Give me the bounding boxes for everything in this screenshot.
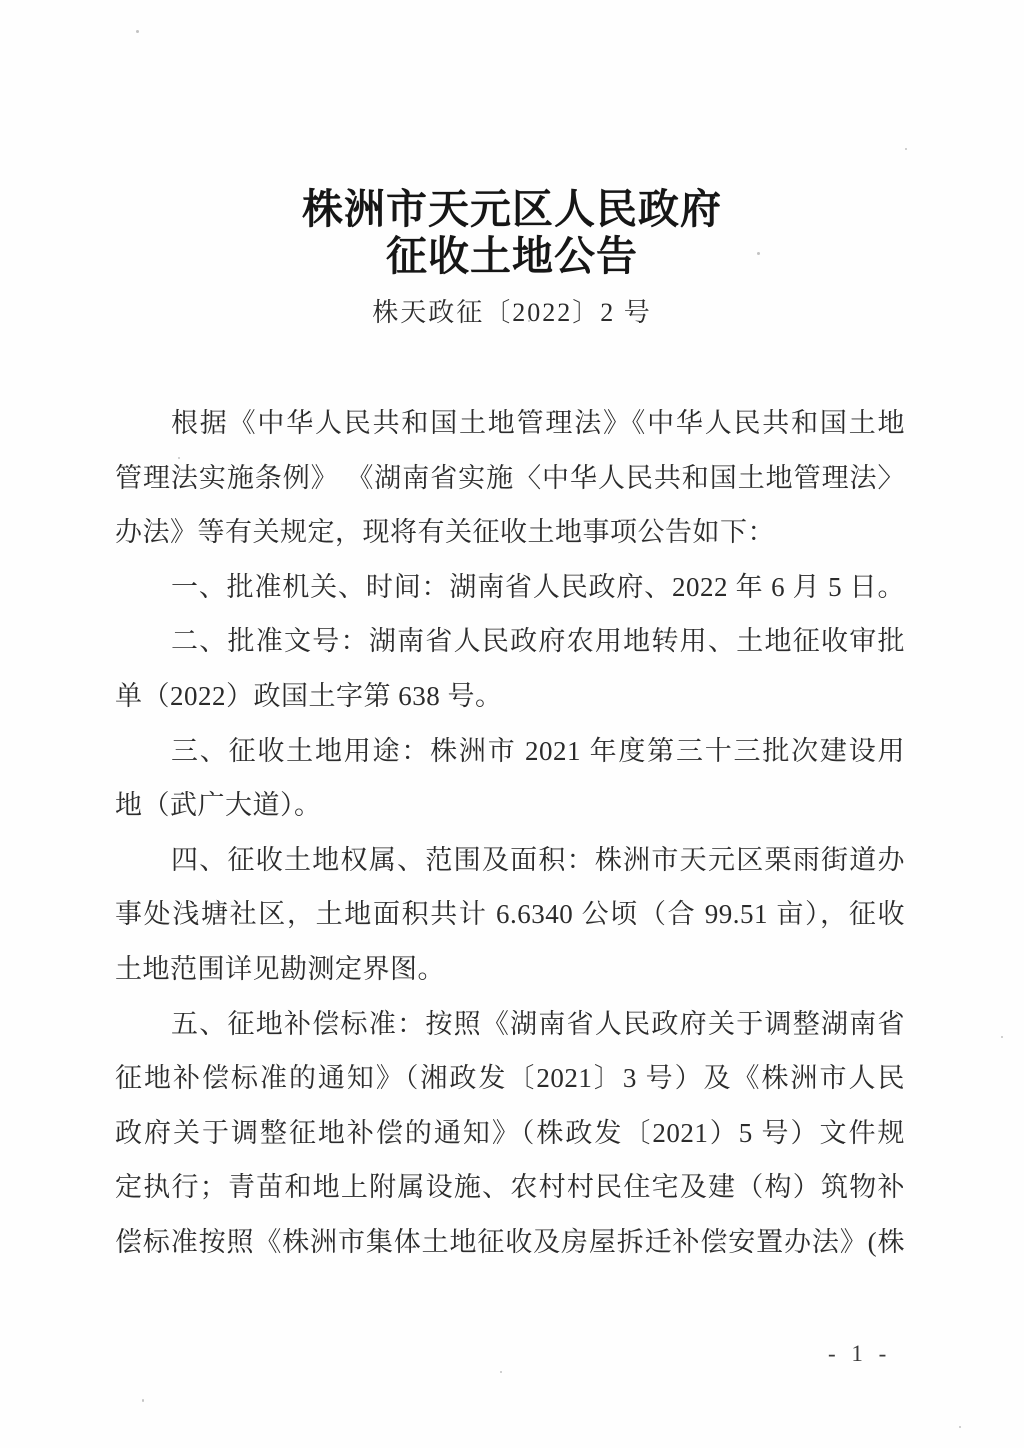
scan-speck (959, 1426, 961, 1428)
text-line: 二、批准文号：湖南省人民政府农用地转用、土地征收审批 (115, 614, 905, 669)
text-line: 管理法实施条例》 《湖南省实施〈中华人民共和国土地管理法〉 (115, 451, 905, 506)
page-number: - 1 - (828, 1340, 918, 1368)
scan-speck (528, 320, 530, 322)
scan-speck (142, 1399, 144, 1402)
scan-speck (178, 457, 180, 459)
text-line: 单（2022）政国土字第 638 号。 (115, 669, 905, 724)
text-line: 地（武广大道）。 (115, 778, 905, 833)
scan-speck (500, 1371, 502, 1373)
text-line: 偿标准按照《株洲市集体土地征收及房屋拆迁补偿安置办法》(株 (115, 1215, 905, 1270)
text-line: 土地范围详见勘测定界图。 (115, 942, 905, 997)
text-line: 五、征地补偿标准：按照《湖南省人民政府关于调整湖南省 (115, 997, 905, 1052)
scan-speck (136, 30, 139, 33)
text-line: 一、批准机关、时间：湖南省人民政府、2022 年 6 月 5 日。 (115, 560, 905, 615)
document-header: 株洲市天元区人民政府 征收土地公告 株天政征〔2022〕2 号 (0, 186, 1024, 329)
document-number: 株天政征〔2022〕2 号 (0, 297, 1024, 329)
text-line: 三、征收土地用途：株洲市 2021 年度第三十三批次建设用 (115, 724, 905, 779)
text-line: 征地补偿标准的通知》（湘政发〔2021〕3 号）及《株洲市人民 (115, 1051, 905, 1106)
document-title-line2: 征收土地公告 (0, 233, 1024, 280)
text-line: 根据《中华人民共和国土地管理法》《中华人民共和国土地 (115, 396, 905, 451)
text-line: 政府关于调整征地补偿的通知》（株政发〔2021）5 号）文件规 (115, 1106, 905, 1161)
text-line: 定执行；青苗和地上附属设施、农村村民住宅及建（构）筑物补 (115, 1160, 905, 1215)
text-line: 办法》等有关规定，现将有关征收土地事项公告如下： (115, 505, 905, 560)
scan-speck (1001, 1036, 1003, 1038)
scanned-document-page: 株洲市天元区人民政府 征收土地公告 株天政征〔2022〕2 号 根据《中华人民共… (0, 0, 1024, 1448)
scan-speck (905, 148, 907, 150)
body-text: 根据《中华人民共和国土地管理法》《中华人民共和国土地管理法实施条例》 《湖南省实… (115, 396, 905, 1270)
document-title-line1: 株洲市天元区人民政府 (0, 186, 1024, 233)
scan-speck (757, 252, 760, 255)
text-line: 四、征收土地权属、范围及面积：株洲市天元区栗雨街道办 (115, 833, 905, 888)
text-line: 事处浅塘社区，土地面积共计 6.6340 公顷（合 99.51 亩），征收 (115, 887, 905, 942)
